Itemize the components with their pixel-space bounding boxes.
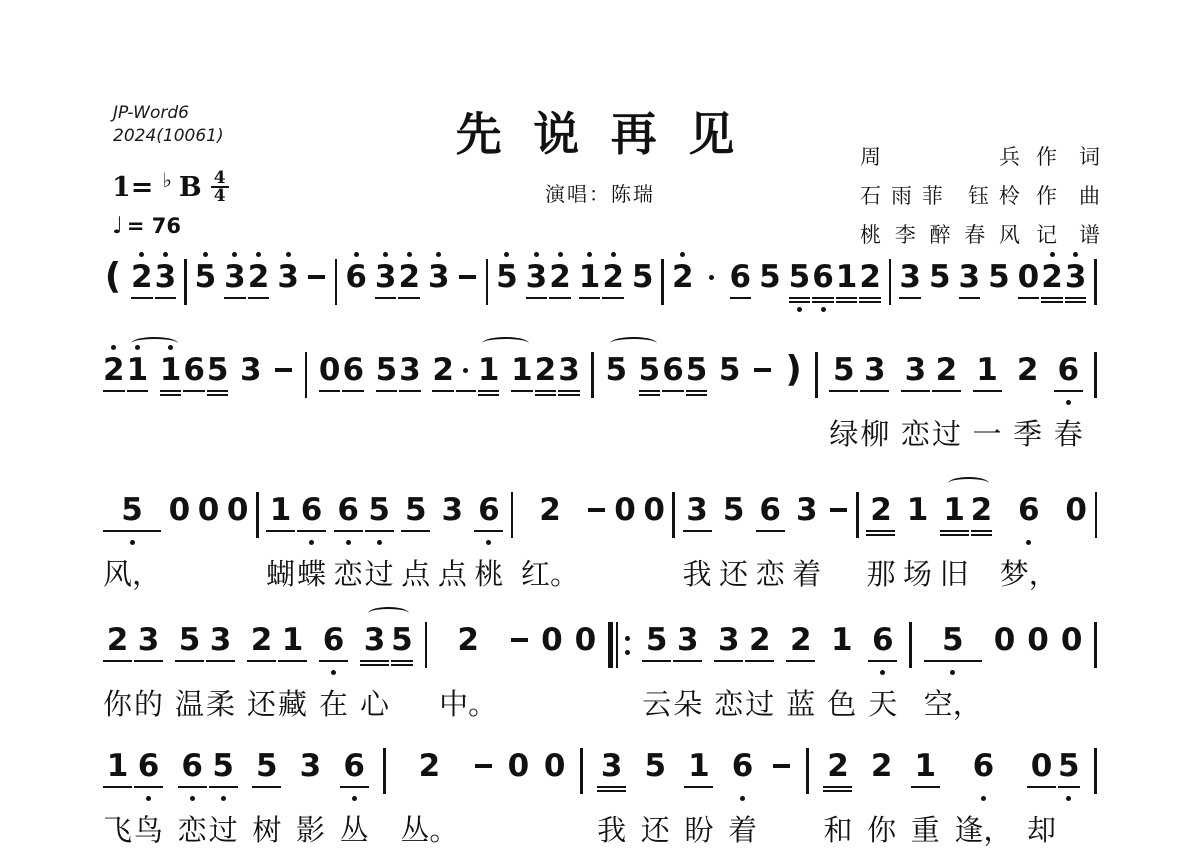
beam-underline: [1065, 297, 1087, 300]
barline: [335, 248, 338, 305]
beam-underline: [940, 534, 969, 537]
note-glyph: 6: [183, 352, 205, 388]
beam-underline: [836, 301, 858, 304]
beam-underline: [175, 660, 204, 663]
note-glyph: 6: [478, 492, 500, 528]
rest-note: 0却: [1027, 737, 1056, 847]
beam-underline: [549, 297, 571, 300]
octave-dot: [407, 252, 412, 257]
note-cell: 3点: [438, 481, 467, 591]
note-cell: 5温: [175, 611, 204, 721]
note-cell: 1: [511, 341, 533, 451]
note-cell: 6梦，: [1000, 481, 1058, 591]
beam-group: 6恋5过: [178, 737, 238, 847]
repeat-sign: [608, 611, 630, 712]
beam-underline: [535, 390, 557, 393]
note-glyph: 1: [914, 748, 936, 784]
note-glyph: 6: [301, 492, 323, 528]
rest-note: 0: [1018, 248, 1040, 314]
credit-role: 作词: [1036, 138, 1100, 177]
lyric-char: 一: [973, 407, 1002, 451]
note-glyph: 2: [419, 748, 441, 784]
note-glyph: 3: [240, 352, 262, 388]
note-cell: 5: [632, 248, 654, 314]
beam-underline: [940, 530, 969, 533]
beam-group: 06: [319, 341, 364, 451]
lyric-char: 过: [209, 803, 238, 847]
rest-note: 0: [508, 737, 530, 847]
rest-note: 0: [169, 481, 191, 591]
note-cell: 2: [602, 248, 624, 314]
octave-dot: [1066, 796, 1071, 801]
barline: [383, 737, 386, 838]
note-cell: 6在: [319, 611, 348, 721]
music-lines: (235323632353212526556123535023211653065…: [103, 248, 1097, 847]
lyric-char: 还: [641, 803, 670, 847]
octave-dot: [130, 540, 135, 545]
note-cell: 6逢，: [954, 737, 1012, 847]
lyric-char: 恋: [178, 803, 207, 847]
duration-dash: [307, 248, 327, 314]
octave-dot: [625, 636, 630, 641]
barline: [184, 248, 187, 305]
beam-group: 1飞6鸟: [103, 737, 163, 847]
note-cell: 3: [558, 341, 580, 451]
beam-underline: [756, 530, 785, 533]
note-glyph: 6: [732, 748, 754, 784]
note-glyph: 2: [859, 259, 881, 295]
beam-underline: [730, 297, 752, 300]
beam-group: 123: [511, 341, 580, 451]
note-glyph: 1: [511, 352, 533, 388]
note-cell: 3: [428, 248, 450, 314]
beam-underline: [511, 390, 533, 393]
lyric-char: 色: [827, 677, 856, 721]
octave-dot: [504, 252, 509, 257]
lyric-char: 你: [103, 677, 132, 721]
note-cell: 2你: [103, 611, 132, 721]
beam-underline: [911, 786, 940, 789]
parenthesis: (: [103, 248, 123, 314]
note-cell: 2红。: [521, 481, 579, 591]
duration-dash: [752, 341, 772, 451]
note-glyph: 1: [943, 492, 965, 528]
octave-dot: [221, 796, 226, 801]
octave-dot: [383, 252, 388, 257]
note-cell: 5过: [209, 737, 238, 847]
note-glyph: 3: [277, 259, 299, 295]
augmentation-dot: [456, 341, 476, 451]
note-glyph: 5: [368, 492, 390, 528]
augmentation-dot: [702, 248, 722, 314]
barline: [1094, 341, 1097, 442]
note-cell: 3我: [597, 737, 626, 847]
note-glyph: 6: [181, 748, 203, 784]
note-cell: 5: [207, 341, 229, 451]
beam-underline: [662, 390, 684, 393]
beam-underline: [812, 297, 834, 300]
beam-underline: [340, 786, 369, 789]
note-glyph: 5: [405, 492, 427, 528]
note-cell: 2中。: [439, 611, 497, 721]
note-cell: 1飞: [103, 737, 132, 847]
music-line: 5风，0001蝴6蝶6恋5过5点3点6桃2红。003我5还6恋3着2那1场1旧2…: [103, 481, 1097, 591]
octave-dot: [111, 345, 116, 350]
beam-underline: [178, 786, 207, 789]
octave-dot: [981, 796, 986, 801]
note-glyph: 5: [686, 352, 708, 388]
note-cell: 3: [526, 248, 548, 314]
beam-underline: [319, 660, 348, 663]
note-glyph: 1: [836, 259, 858, 295]
beam-underline: [103, 530, 161, 533]
note-glyph: 2: [871, 748, 893, 784]
note-glyph: 5: [789, 259, 811, 295]
credit-lyricist: 周 兵 作词: [860, 138, 1100, 177]
note-cell: 2: [1041, 248, 1063, 314]
beam-underline: [602, 297, 624, 300]
lyric-char: 那: [866, 547, 895, 591]
lyric-char: 着: [728, 803, 757, 847]
note-cell: 6: [342, 341, 364, 451]
beam-underline: [252, 786, 281, 789]
beam-group: 6恋5过: [334, 481, 394, 591]
lyric-char: 温: [175, 677, 204, 721]
lyric-char: 却: [1027, 803, 1056, 847]
lyric-char: 过: [745, 677, 774, 721]
beam-underline: [597, 786, 626, 789]
note-cell: 1旧: [940, 481, 969, 591]
barline: [806, 737, 809, 838]
note-glyph: 5: [632, 259, 654, 295]
note-glyph: 5: [759, 259, 781, 295]
note-glyph: [473, 748, 493, 784]
note-glyph: 5: [645, 748, 667, 784]
lyric-char: 恋: [334, 547, 363, 591]
note-glyph: 0: [994, 622, 1016, 658]
rest-note: 0: [544, 737, 566, 847]
note-cell: 5风，: [103, 481, 161, 591]
beam-underline: [278, 660, 307, 663]
note-cell: 6春: [1054, 341, 1083, 451]
note-glyph: 5: [212, 748, 234, 784]
note-glyph: 0: [1061, 622, 1083, 658]
beam-underline: [639, 390, 661, 393]
beam-group: 3心5: [360, 611, 413, 721]
beam-underline: [391, 660, 413, 663]
octave-dot: [168, 345, 173, 350]
barline: [672, 481, 675, 582]
note-glyph: 5: [942, 622, 964, 658]
note-glyph: 5: [639, 352, 661, 388]
rest-note: 0: [319, 341, 341, 451]
note-cell: 2: [549, 248, 571, 314]
note-glyph: 0: [227, 492, 249, 528]
note-cell: 3的: [134, 611, 163, 721]
key-note: B: [179, 172, 202, 203]
credit-role: 作曲: [1036, 177, 1100, 216]
note-glyph: 2: [457, 622, 479, 658]
beam-underline: [103, 786, 132, 789]
barline: [511, 481, 514, 582]
lyric-char: 恋: [901, 407, 930, 451]
rest-note: 0: [643, 481, 665, 591]
beam-underline: [924, 660, 982, 663]
note-cell: 5点: [401, 481, 430, 591]
lyric-char: 桃: [474, 547, 503, 591]
beam-underline: [1065, 301, 1087, 304]
note-glyph: 3: [601, 748, 623, 784]
note-glyph: 6: [812, 259, 834, 295]
beam-group: 21: [432, 341, 499, 451]
beam-underline: [812, 301, 834, 304]
note-cell: 5: [496, 248, 518, 314]
note-cell: 6: [662, 341, 684, 451]
lyric-char: 还: [719, 547, 748, 591]
note-glyph: [587, 492, 607, 528]
note-glyph: 5: [833, 352, 855, 388]
lyric-char: 中。: [439, 677, 497, 721]
note-cell: 5还: [641, 737, 670, 847]
beam-underline: [391, 664, 413, 667]
note-cell: 3着: [792, 481, 821, 591]
beam-underline: [558, 390, 580, 393]
note-cell: 1一: [973, 341, 1002, 451]
beam-underline: [971, 530, 993, 533]
note-glyph: 2: [248, 259, 270, 295]
note-cell: 6: [183, 341, 205, 451]
note-glyph: 6: [759, 492, 781, 528]
lyric-char: 场: [903, 547, 932, 591]
beam-underline: [398, 297, 420, 300]
beam-underline: [789, 297, 811, 300]
note-cell: 1色: [827, 611, 856, 721]
octave-dot: [256, 252, 261, 257]
note-glyph: 0: [541, 622, 563, 658]
note-glyph: 2: [749, 622, 771, 658]
lyric-char: 过: [365, 547, 394, 591]
note-glyph: 6: [1057, 352, 1079, 388]
note-cell: 6丛: [340, 737, 369, 847]
note-cell: 1: [160, 341, 182, 451]
beam-group: 023: [1018, 248, 1087, 314]
beam-underline: [959, 297, 981, 300]
octave-dot: [486, 540, 491, 545]
beam-underline: [266, 530, 295, 533]
beam-underline: [786, 660, 815, 663]
beam-underline: [160, 390, 182, 393]
note-glyph: 2: [672, 259, 694, 295]
note-cell: 2: [131, 248, 153, 314]
beam-underline: [432, 390, 454, 393]
octave-dot: [797, 307, 802, 312]
beam-underline: [823, 786, 852, 789]
lyric-char: 藏: [278, 677, 307, 721]
octave-dot: [436, 252, 441, 257]
beam-underline: [1041, 301, 1063, 304]
note-cell: 3柔: [206, 611, 235, 721]
rest-note: 0: [198, 481, 220, 591]
beam-group: 12: [579, 248, 624, 314]
note-glyph: [458, 259, 478, 295]
beam-underline: [829, 390, 858, 393]
barline: [580, 737, 583, 838]
parenthesis: ): [784, 341, 804, 451]
note-glyph: 5: [391, 622, 413, 658]
note-cell: 5: [639, 341, 661, 451]
lyric-char: 天: [868, 677, 897, 721]
beam-underline: [478, 394, 500, 397]
note-glyph: 6: [323, 622, 345, 658]
note-glyph: 6: [345, 259, 367, 295]
note-cell: 6恋: [756, 481, 785, 591]
beam-underline: [558, 394, 580, 397]
beam-group: 3恋2过: [714, 611, 774, 721]
octave-dot: [1073, 252, 1078, 257]
rest-note: 0: [227, 481, 249, 591]
note-glyph: 3: [364, 622, 386, 658]
beam-underline: [1058, 786, 1080, 789]
octave-dot: [1066, 400, 1071, 405]
note-glyph: 5: [179, 622, 201, 658]
lyric-char: 点: [401, 547, 430, 591]
lyric-char: 旧: [940, 547, 969, 591]
note-cell: 1: [579, 248, 601, 314]
note-glyph: 0: [1065, 492, 1087, 528]
beam-underline: [866, 534, 895, 537]
lyric-char: 我: [683, 547, 712, 591]
note-cell: 1场: [903, 481, 932, 591]
note-cell: 2你: [867, 737, 896, 847]
tempo-value: = 76: [127, 214, 181, 238]
note-cell: 6鸟: [134, 737, 163, 847]
beam-underline: [401, 530, 430, 533]
note-cell: 2: [248, 248, 270, 314]
note-cell: 1藏: [278, 611, 307, 721]
barline: [815, 341, 818, 442]
rest-note: 0: [1065, 481, 1087, 591]
barline: [425, 611, 428, 712]
note-cell: 1: [478, 341, 500, 451]
note-cell: 6: [812, 248, 834, 314]
note-glyph: 2: [870, 492, 892, 528]
octave-dot: [139, 252, 144, 257]
beam-underline: [131, 297, 153, 300]
note-glyph: 5: [723, 492, 745, 528]
lyric-char: 在: [319, 677, 348, 721]
lyric-char: 蝶: [297, 547, 326, 591]
rest-note: 0: [614, 481, 636, 591]
note-cell: 5: [195, 248, 217, 314]
note-glyph: 6: [662, 352, 684, 388]
credit-composer: 石雨菲 钰柃 作曲: [860, 177, 1100, 216]
lyric-char: 季: [1013, 407, 1042, 451]
beam-underline: [360, 660, 389, 663]
beam-underline: [365, 530, 394, 533]
beam-underline: [209, 786, 238, 789]
note-cell: 3: [155, 248, 177, 314]
note-cell: 1重: [911, 737, 940, 847]
rest-note: 0: [994, 611, 1016, 721]
beam-underline: [686, 394, 708, 397]
barline: [1094, 737, 1097, 838]
beam-underline: [868, 660, 897, 663]
octave-dot: [309, 540, 314, 545]
beam-underline: [247, 660, 276, 663]
barline: [909, 611, 912, 712]
note-cell: 3: [224, 248, 246, 314]
note-glyph: 2: [131, 259, 153, 295]
octave-dot: [625, 650, 630, 655]
note-cell: 2蓝: [786, 611, 815, 721]
lyric-char: 影: [296, 803, 325, 847]
note-glyph: 6: [342, 352, 364, 388]
beam-underline: [474, 530, 503, 533]
note-cell: 2那: [866, 481, 895, 591]
octave-dot: [587, 252, 592, 257]
note-cell: 5过: [365, 481, 394, 591]
beam-underline: [297, 530, 326, 533]
beam-underline: [579, 297, 601, 300]
note-cell: 5空，: [924, 611, 982, 721]
note-glyph: 2: [936, 352, 958, 388]
octave-dot: [232, 252, 237, 257]
octave-dot: [1050, 252, 1055, 257]
beam-underline: [376, 390, 398, 393]
rest-note: 0: [1061, 611, 1083, 721]
lyric-char: 盼: [684, 803, 713, 847]
beam-underline: [207, 390, 229, 393]
note-glyph: 2: [251, 622, 273, 658]
note-cell: 3朵: [673, 611, 702, 721]
note-cell: 6天: [868, 611, 897, 721]
note-glyph: 5: [605, 352, 627, 388]
beam-group: 565: [639, 341, 708, 451]
note-cell: 2季: [1013, 341, 1042, 451]
note-glyph: 3: [399, 352, 421, 388]
beam-group: 2还1藏: [247, 611, 307, 721]
beam-underline: [155, 297, 177, 300]
note-cell: 5: [391, 611, 413, 721]
beam-underline: [375, 297, 397, 300]
note-glyph: 3: [905, 352, 927, 388]
beam-underline: [399, 390, 421, 393]
note-glyph: 6: [138, 748, 160, 784]
note-cell: 6恋: [334, 481, 363, 591]
octave-dot: [1026, 540, 1031, 545]
note-glyph: 3: [959, 259, 981, 295]
barline: [256, 481, 259, 582]
rest-note: 0: [541, 611, 563, 721]
beam-underline: [901, 390, 930, 393]
octave-dot: [611, 252, 616, 257]
note-cell: 3恋: [901, 341, 930, 451]
music-line: 21165306532112355655)5绿3柳3恋2过1一2季6春: [103, 341, 1097, 451]
lyric-char: 心: [360, 677, 389, 721]
music-line: 2你3的5温3柔2还1藏6在3心52中。005云3朵3恋2过2蓝1色6天5空，0…: [103, 611, 1097, 721]
beam-group: 2你3的: [103, 611, 163, 721]
note-glyph: 3: [796, 492, 818, 528]
note-glyph: 5: [207, 352, 229, 388]
octave-dot: [740, 796, 745, 801]
duration-dash: [273, 341, 293, 451]
beam-underline: [714, 660, 743, 663]
note-glyph: 3: [558, 352, 580, 388]
beam-group: 32: [526, 248, 571, 314]
octave-dot: [680, 252, 685, 257]
beam-underline: [206, 660, 235, 663]
note-glyph: 0: [1027, 622, 1049, 658]
